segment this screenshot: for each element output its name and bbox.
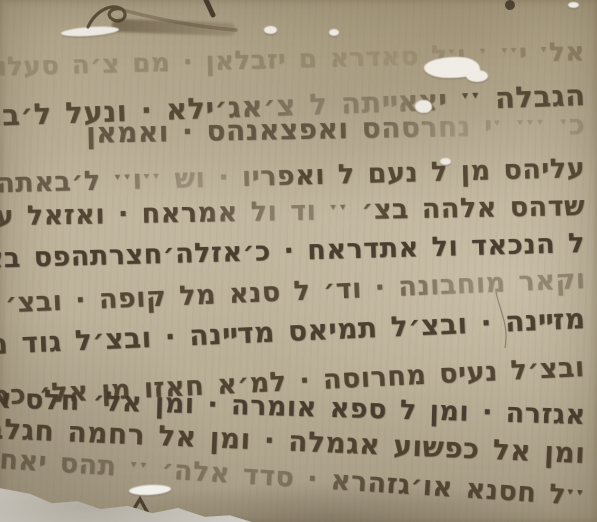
parchment-fragment: אלˑ יˑ ˑˑ וˑל סאדרא ם יזבלאן · מם צ׳ה סע… [0, 0, 597, 522]
parchment-hole [61, 25, 119, 38]
parchment-hole [415, 100, 432, 113]
ink-spot [505, 0, 515, 10]
parchment-hole [329, 29, 339, 36]
manuscript-photo: אלˑ יˑ ˑˑ וˑל סאדרא ם יזבלאן · מם צ׳ה סע… [0, 0, 597, 522]
ink-smear [112, 19, 236, 36]
parchment-hole [466, 70, 488, 82]
manuscript-line-1: אלˑ יˑ ˑˑ וˑל סאדרא ם יזבלאן · מם צ׳ה סע… [0, 34, 585, 86]
parchment-hole [264, 26, 277, 34]
manuscript-line-3: כˑ ˑˑˑ ˑי נחרסהס ואפצאנהס · ואמאן [85, 107, 585, 152]
ink-spot [206, 0, 213, 15]
parchment-hole [440, 158, 451, 165]
parchment-hole [568, 2, 579, 8]
